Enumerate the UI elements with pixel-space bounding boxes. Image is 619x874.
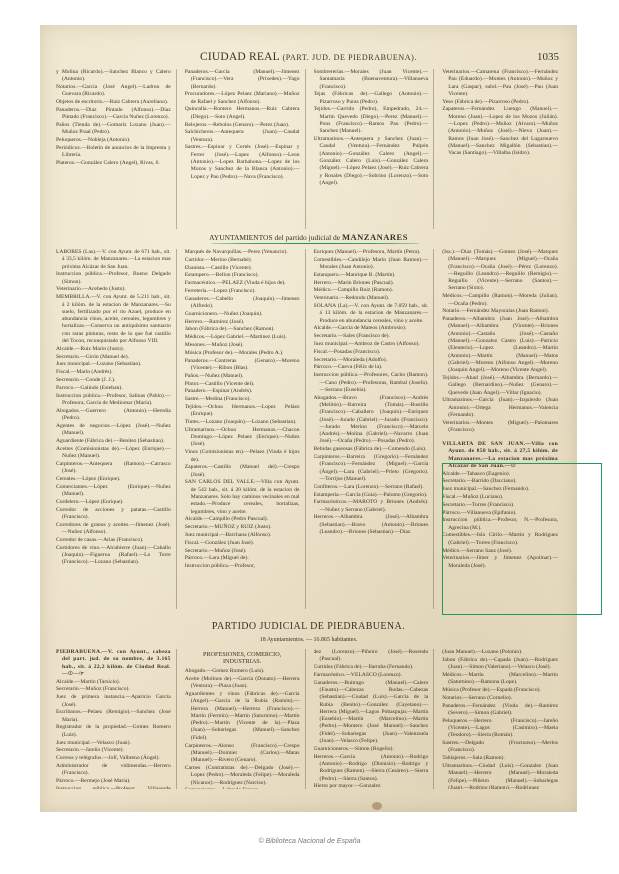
entry: Corredores de granos y aceites.—Jimenez …: [56, 522, 171, 537]
top-columns: y Molina (Ricardo).—Sanchez Blanco y Cal…: [56, 69, 563, 229]
entry: Instruccion pública.—Profesor, Villaverd…: [56, 786, 171, 789]
scanned-page: CIUDAD REAL (PART. JUD. DE PIEDRABUENA).…: [40, 25, 577, 812]
entry: Secretario.—Jareño (Vicente).: [56, 747, 171, 754]
entry: Guarnicioneros.—Simon (Rogelio).: [314, 746, 429, 753]
entry: Estampero.—Bellon (Francisco).: [185, 272, 300, 279]
column: LABORES (Las).—V. con Ayunt. de 671 hab.…: [56, 249, 177, 609]
entry: Ultramarinos.—Antequera y Sanchez (Juan)…: [314, 136, 429, 187]
column: Enriquez (Manuel).—Profesora, Martín (Pe…: [314, 249, 435, 609]
entry: Comestibles.—Isla Cirilo.—Martin y Rodri…: [442, 532, 558, 547]
column: Sombrererías.—Morales (Juan Vicente).—Sa…: [314, 69, 435, 229]
entry: Panaderos.—Albambra (Juan José).—Albambr…: [442, 316, 558, 374]
entry: Ultramarinos.—García (Juan).—Izquierdo (…: [442, 397, 558, 419]
entry: Administrador de vidimendas.—Herrero (Fr…: [56, 763, 171, 778]
entry: Zapateros.—Castillo (Manuel del).—Crespo…: [185, 464, 300, 479]
entry: Secretario.—Girón (Manuel de).: [56, 354, 171, 361]
entry: Secretario.—Sales (Francisco de).: [314, 333, 429, 340]
entry: Sombrererías.—Morales (Juan Vicente).—Sa…: [314, 69, 429, 91]
entry: Aguardiente (Fábrica de).—Benítez (Sebas…: [56, 438, 171, 445]
entry: Alcalde.—Campillo (Pedro Pascual).: [185, 516, 300, 523]
entry: Alcalde.—Ruiz Marin (Justo).: [56, 346, 171, 353]
entry: Secretario.—Muñoz (José).: [185, 548, 300, 555]
entry: Juez municipal.—Sanchez (Fernando).: [442, 486, 558, 493]
entry: Veterinario.—Redondo (Manuel).: [314, 295, 429, 302]
green-underline-annotation: [210, 242, 420, 244]
entry: Instruccion pública.—Profesor,: [185, 563, 300, 570]
entry: Cereales.—López (Enrique).: [56, 476, 171, 483]
entry: Periódicos.—Boletín de anuncios de la Im…: [56, 145, 171, 160]
entry: Yeso (Fábrica de).—Pizarroso (Pedro).: [442, 99, 558, 106]
entry: Panaderos.—Diaz Pintado (Alfonso).—Diaz …: [56, 107, 171, 122]
entry: Juez municipal.—Ambroz de Castro (Alfons…: [314, 341, 429, 348]
entry: Médicos.—López Gabriel.—Martinez (Luis).: [185, 334, 300, 341]
credit-line: © Biblioteca Nacional de España: [0, 838, 619, 845]
entry: Farmacéuticos.—MAROTO y Briones (Andrés)…: [314, 499, 429, 514]
entry: Juez de primera instancia.—Aparicio Garc…: [56, 694, 171, 709]
entry: Comerciantes.—López (Enrique).—Nuñez (Ma…: [56, 484, 171, 499]
entry: Curtidores de vino.—Alcubierre (Juan).—C…: [56, 545, 171, 567]
entry: Fiscal.—González (Juan José).: [185, 540, 300, 547]
entry: Abogados.—Bravo (Francisco).—Andrés (Mel…: [314, 395, 429, 446]
entry: Alcalde.—Tabasco (Eugenio).: [442, 471, 558, 478]
manzanares-columns: LABORES (Las).—V. con Ayunt. de 671 hab.…: [56, 249, 563, 609]
entry: Agentes de negocios.—López (José).—Nuñez…: [56, 423, 171, 438]
column: PIEDRABUENA.—V. con Ayunt., cabeza del p…: [56, 649, 177, 789]
title-sub: (PART. JUD. DE PIEDRABUENA).: [282, 53, 417, 62]
entry: Párroco.—Lara (Miguel de).: [185, 555, 300, 562]
entry: Aguardientes y vinos (Fábricas de).—Garc…: [185, 691, 300, 742]
entry: Carpinteros.—Alonso (Francisco).—Crespo …: [185, 743, 300, 765]
entry: Parroco.—Galindo (Esteban).: [56, 385, 171, 392]
entry: Carpinteros.—Antequera (Ramon).—Carrasco…: [56, 461, 171, 476]
entry: Médico.—Serrano Sanz (José).: [442, 548, 558, 555]
entry: Farmacéutico.—PELAEZ (Viuda é hijos de).: [185, 280, 300, 287]
section-name: MANZANARES: [342, 232, 408, 242]
entry: Fiscal.—Posadas (Francisco).: [314, 349, 429, 356]
entry: Panaderos.—Fernández (Viuda de).—Ramirez…: [442, 703, 558, 718]
entry: Salchicheros.—Antequera (Juan).—Caudal (…: [185, 129, 300, 144]
entry: dez (Lorenzo).—Piñeiro (José).—Rosendo (…: [314, 649, 429, 664]
title-main: CIUDAD REAL: [200, 51, 279, 63]
page-title: CIUDAD REAL (PART. JUD. DE PIEDRABUENA).: [40, 51, 577, 63]
entry: Jabon (Fábrica de).—Capada (Juan).—Rodri…: [442, 657, 558, 672]
entry: Marqués de Navarquillas.—Perez (Venancio…: [185, 249, 300, 256]
entry: Ferretería.—Lopez (Francisco).: [185, 288, 300, 295]
entry: Veterinarios.—Jimer y Jimenez (Apolinar)…: [442, 555, 558, 570]
entry: Escribanos.—Pelaez (Remigio).—Sanchez (J…: [56, 709, 171, 724]
entry: Juez municipal.—Velasco (Juan).: [56, 740, 171, 747]
entry: Correos y telégrafos.—Jofí, Valbreno (Án…: [56, 755, 171, 762]
entry: Corredor de acciones y patatas.—Castillo…: [56, 507, 171, 522]
entry: Curtidos (Fábrica de).—Ilarraba (Fernand…: [314, 664, 429, 671]
entry: Carpinteros.—Barreira (Gregorio).—Fernán…: [314, 454, 429, 483]
entry: Bebidas gaseosas (Fábrica de).—Comendo (…: [314, 446, 429, 453]
entry: Notarios.—Garcia (José Angel).—Ladron de…: [56, 84, 171, 99]
entry: Pintor.—Castillo (Vicente del).: [185, 381, 300, 388]
entry: VILLARTA DE SAN JUAN.—Villa con Ayunt. d…: [442, 441, 558, 470]
column: (Isa.).—Diaz (Tomás).—Gomez (José).—Marq…: [442, 249, 563, 609]
section-heading-manzanares: AYUNTAMIENTOS del partido judicial de MA…: [40, 232, 577, 242]
entry: (Juan Manuel).—Lozano (Polonio).: [442, 649, 558, 656]
entry: Secretario.—MUÑOZ y RUIZ (Justo).: [185, 524, 300, 531]
entry: Comerciantes.—Labrado Fernan-: [185, 787, 300, 789]
entry: Médico.—Campillo Ruiz (Ramon).: [314, 287, 429, 294]
entry: Tablajeros.—Sala (Ramon).: [442, 755, 558, 762]
entry: Sastres.—Espinar y Cortés (José).—Espina…: [185, 144, 300, 180]
entry: Ganaderos.—Buitrago (Manuel).—Calero (Fa…: [314, 680, 429, 746]
entry: Enriquez (Manuel).—Profesora, Martín (Pe…: [314, 249, 429, 256]
entry: Paños (Tienda de).—Gomariz Lozano (Juan)…: [56, 122, 171, 137]
entry: Herreros.—Albambra (José).—Albambra (Seb…: [314, 514, 429, 536]
entry: Veterinarios.—Camarena (Francisco).—Fern…: [442, 69, 558, 98]
entry: Médicos.—Martín (Marcelino).—Martín (Sat…: [442, 672, 558, 687]
column-upper: (Isa.).—Diaz (Tomás).—Gomez (José).—Marq…: [442, 249, 558, 434]
entry: Jabon (Fábrica de).—Sanchez (Ramon).: [185, 326, 300, 333]
entry: Tintes.—Lozano (Joaquín).—Lozano (Sebast…: [185, 419, 300, 426]
entry: Fiscal.—Marin (Andrés).: [56, 369, 171, 376]
entry: SAN CARLOS DEL VALLE.—Villa con Ayunt. d…: [185, 479, 300, 515]
entry: Instruccion pública.—Profesor, Bueno Del…: [56, 271, 171, 286]
entry: Secretario.—Torres (Francisco).: [442, 502, 558, 509]
column: Veterinarios.—Camarena (Francisco).—Fern…: [442, 69, 563, 229]
entry: Comestibles.—Candilejo Marin (Juan Ramon…: [314, 257, 429, 272]
entry: Instruccion pública.—Profesor, N.—Profes…: [442, 517, 558, 532]
entry: Abogado.—Gomez Romero (Luis).: [185, 668, 300, 675]
entry: (Isa.).—Diaz (Tomás).—Gomez (José).—Marq…: [442, 249, 558, 293]
entry: Curtidor.—Merino (Bernabé).: [185, 257, 300, 264]
entry: Veterinarios.—Montes (Miguel).—Palomares…: [442, 420, 558, 435]
entry: Tejidos.—Garrido (Pedro), Empedrado, 24.…: [314, 106, 429, 135]
entry: Guarnicionero.—Nuñez (Joaquin).: [185, 311, 300, 318]
entry: Panaderos.—García (Manuel).—Jimenez (Fra…: [185, 69, 300, 91]
entry: Secretario.—Conde (J. J.).: [56, 377, 171, 384]
entry: Párroco.—Cueva (Félix de la).: [314, 364, 429, 371]
entry: Confiteros.—Lara (Lorenzo).—Serrano (Raf…: [314, 484, 429, 491]
entry: Párroco.—Villanueva (Epifanio).: [442, 510, 558, 517]
entry: MEMBRILLA.—V. con Ayunt. de 5.211 hab., …: [56, 294, 171, 345]
entry: Herreros.—García (Antonio).—Rodrigo (Ant…: [314, 754, 429, 783]
entry: Párroco.—Bermejo (José María).: [56, 778, 171, 785]
column: dez (Lorenzo).—Piñeiro (José).—Rosendo (…: [314, 649, 435, 789]
entry: Panadero.—Espinar (Andrés).: [185, 388, 300, 395]
entry: Paños.—Nuñez (Manuel).: [185, 373, 300, 380]
entry: Herrero.—Marin Briones (Pascual).: [314, 280, 429, 287]
entry: Sastre.—Medina (Francisco).: [185, 396, 300, 403]
column: PROFESIONES, COMERCIO, INDUSTRIAS.Abogad…: [185, 649, 306, 789]
entry: Ganaderos.—Cabello (Joaquín).—Jimenez (A…: [185, 296, 300, 311]
entry: Plateros.—González Calero (Angel), Rivas…: [56, 160, 171, 167]
page-number: 1035: [537, 51, 559, 63]
column: Marqués de Navarquillas.—Perez (Venancio…: [185, 249, 306, 609]
entry: Vinos (Comisionistas en).—Pelaez (Viuda …: [185, 449, 300, 464]
entry: Fiscal.—Muñoz (Luciano).: [442, 494, 558, 501]
piedrabuena-columns: PIEDRABUENA.—V. con Ayunt., cabeza del p…: [56, 649, 563, 789]
entry: Alcalde.—García de Mateos (Ambrosio).: [314, 325, 429, 332]
entry: Mesones.—Muñoz (José).: [185, 342, 300, 349]
entry: SOLANA (La).—V. con Ayunt. de 7.059 hab.…: [314, 303, 429, 325]
entry: Juez municipal.—Barchana (Alfonso).: [185, 532, 300, 539]
entry: Notario.—Fernández Mayoralas (Juan Ramon…: [442, 308, 558, 315]
entry: Tejas (Fábricas de).—Gallego (Antonio).—…: [314, 91, 429, 106]
entry: Secretario.—Moraleda (Adolfo).: [314, 357, 429, 364]
running-header: CIUDAD REAL (PART. JUD. DE PIEDRABUENA).…: [40, 51, 577, 65]
entry: Instruccion pública.—Profesor, Salinas (…: [56, 393, 171, 408]
entry: Ebanista.—Castillo (Vicente).: [185, 265, 300, 272]
entry: Hierro por mayor.—Gonzalez: [314, 783, 429, 789]
section-prefix: AYUNTAMIENTOS del partido judicial de: [209, 233, 340, 242]
entry: Abogados.—Guerrero (Antonio).—Heredia (P…: [56, 408, 171, 423]
entry: Peluqueros.—Nobleja (Antonio).: [56, 137, 171, 144]
entry: Tejidos.—Abad (José).—Albambra (Bernardo…: [442, 375, 558, 397]
entry: Aceite (Molinos de).—García (Donato).—He…: [185, 676, 300, 691]
column: y Molina (Ricardo).—Sanchez Blanco y Cal…: [56, 69, 177, 229]
page-stain: [372, 802, 382, 810]
entry: Carnes (Contratistas de).—Delgado (José)…: [185, 765, 300, 787]
entry: Zapateros.—Fernández Luengo (Manuel).—Mo…: [442, 106, 558, 157]
entry: Alcalde.—Martín (Tarsicio).: [56, 679, 171, 686]
entry: Aceites (Comisionistas de).—López (Enriq…: [56, 446, 171, 461]
entry: LABORES (Las).—V. con Ayunt. de 671 hab.…: [56, 249, 171, 271]
entry: Panaderos.—Contreras (Genaro).—Moreno (V…: [185, 358, 300, 373]
entry: Estampería.—García (Guia).—Palomo (Grego…: [314, 492, 429, 499]
section-heading-piedrabuena: PARTIDO JUDICIAL DE PIEDRABUENA.: [40, 621, 577, 632]
entry: Veterinario.—Acebedo (Justo).: [56, 286, 171, 293]
column: (Juan Manuel).—Lozano (Polonio).Jabon (F…: [442, 649, 563, 789]
entry: Tejidos.—Ochoa Hermanos.—Lopez Peláez (E…: [185, 404, 300, 419]
entry: Peluqueros.—Herrero (Francisco).—Jareño …: [442, 718, 558, 740]
entry: PROFESIONES, COMERCIO, INDUSTRIAS.: [185, 649, 300, 668]
entry: Instruccion pública.—Profesores, Cacho (…: [314, 372, 429, 394]
entry: Cordelero.—López (Enrique).: [56, 499, 171, 506]
entry: Música (Profesor de).—Morales (Pedro A.)…: [185, 350, 300, 357]
section-subtitle: 18 Ayuntamientos. — 16.865 habitantes.: [40, 637, 577, 643]
entry: Procuradores.—López Pelaez (Mariano).—Mu…: [185, 91, 300, 106]
entry: Estanquero.—Manrique B. (Martín).: [314, 272, 429, 279]
entry: y Molina (Ricardo).—Sanchez Blanco y Cal…: [56, 69, 171, 84]
entry: Registrador de la propiedad.—Gomez Romer…: [56, 724, 171, 739]
entry: Herrero.—Ramírez (José).: [185, 319, 300, 326]
entry: Sastres.—Delgado (Fructuoso).—Merlos (Fr…: [442, 740, 558, 755]
entry: Secretario.—Muñoz (Francisco).: [56, 686, 171, 693]
entry: Juez municipal.—Lozano (Sebastian).: [56, 361, 171, 368]
entry: Secretario.—Barrido (Dacciano).: [442, 478, 558, 485]
entry: Música (Profesor de).—Espada (Francisco)…: [442, 687, 558, 694]
entry: Ultramarinos.—Ochoa Hermanos.—Chacon Dom…: [185, 427, 300, 449]
entry: Quincalla.—Romero Hermanos.—Ruiz Cabrera…: [185, 106, 300, 121]
boxed-entry-villarta: VILLARTA DE SAN JUAN.—Villa con Ayunt. d…: [442, 441, 558, 570]
entry: PIEDRABUENA.—V. con Ayunt., cabeza del p…: [56, 649, 171, 678]
entry: Farmacéutico.—VELASCO (Lorenzo).: [314, 672, 429, 679]
column: Panaderos.—García (Manuel).—Jimenez (Fra…: [185, 69, 306, 229]
entry: Corredor de casas.—Arias (Francisco).: [56, 537, 171, 544]
entry: Objetos de escritorio.—Ruiz Cabrera (Aur…: [56, 99, 171, 106]
entry: Ultramarinos.—Ciudad (Luis).—Gonzalez (J…: [442, 763, 558, 789]
entry: Relojeros.—Rebolos (Genaro).—Perez (Juan…: [185, 122, 300, 129]
entry: Médicos.—Campillo (Ramon).—Moreda (Julia…: [442, 293, 558, 308]
entry: Notarios.—Serrano (Cornelio).: [442, 695, 558, 702]
